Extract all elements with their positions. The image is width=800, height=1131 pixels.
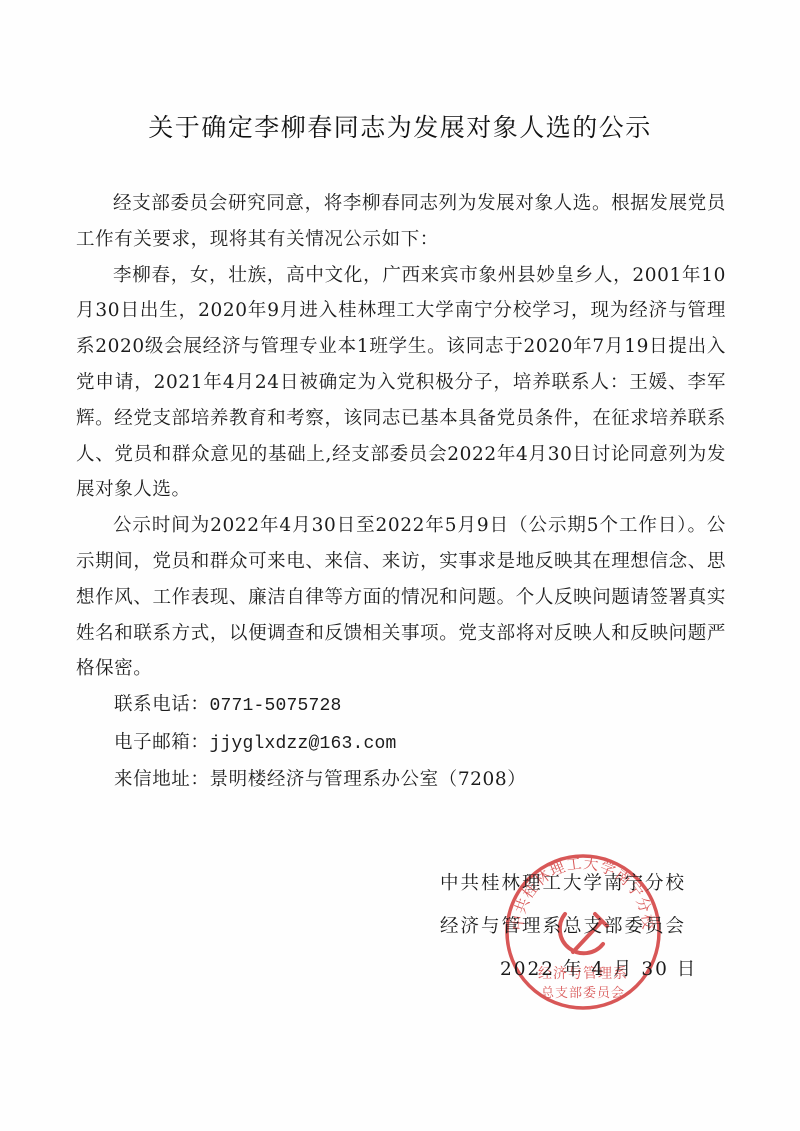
contact-email-value: jjyglxdzz@163.com	[210, 734, 397, 754]
contact-phone: 联系电话：0771-5075728	[76, 687, 726, 725]
signature-block: 中共桂林理工大学南宁分校 经济与管理系总支部委员会 2022 年 4 月 30 …	[440, 862, 740, 991]
paragraph-publicity-period: 公示时间为2022年4月30日至2022年5月9日（公示期5个工作日）。公示期间…	[76, 508, 726, 687]
paragraph-intro: 经支部委员会研究同意，将李柳春同志列为发展对象人选。根据发展党员工作有关要求，现…	[76, 186, 726, 258]
document-page: 关于确定李柳春同志为发展对象人选的公示 经支部委员会研究同意，将李柳春同志列为发…	[0, 0, 800, 1131]
contact-address: 来信地址：景明楼经济与管理系办公室（7208）	[76, 762, 726, 799]
signature-org-line1: 中共桂林理工大学南宁分校	[440, 862, 740, 905]
signature-date: 2022 年 4 月 30 日	[440, 948, 740, 991]
signature-org-line2: 经济与管理系总支部委员会	[440, 905, 740, 948]
document-body: 经支部委员会研究同意，将李柳春同志列为发展对象人选。根据发展党员工作有关要求，现…	[76, 186, 726, 799]
contact-address-label: 来信地址：	[114, 769, 210, 790]
document-title: 关于确定李柳春同志为发展对象人选的公示	[0, 108, 800, 144]
contact-email: 电子邮箱：jjyglxdzz@163.com	[76, 725, 726, 763]
contact-address-value: 景明楼经济与管理系办公室（7208）	[210, 769, 527, 790]
contact-phone-value: 0771-5075728	[210, 696, 342, 716]
paragraph-candidate-info: 李柳春，女，壮族，高中文化，广西来宾市象州县妙皇乡人，2001年10月30日出生…	[76, 258, 726, 509]
contact-phone-label: 联系电话：	[114, 694, 210, 715]
contact-email-label: 电子邮箱：	[114, 732, 210, 753]
